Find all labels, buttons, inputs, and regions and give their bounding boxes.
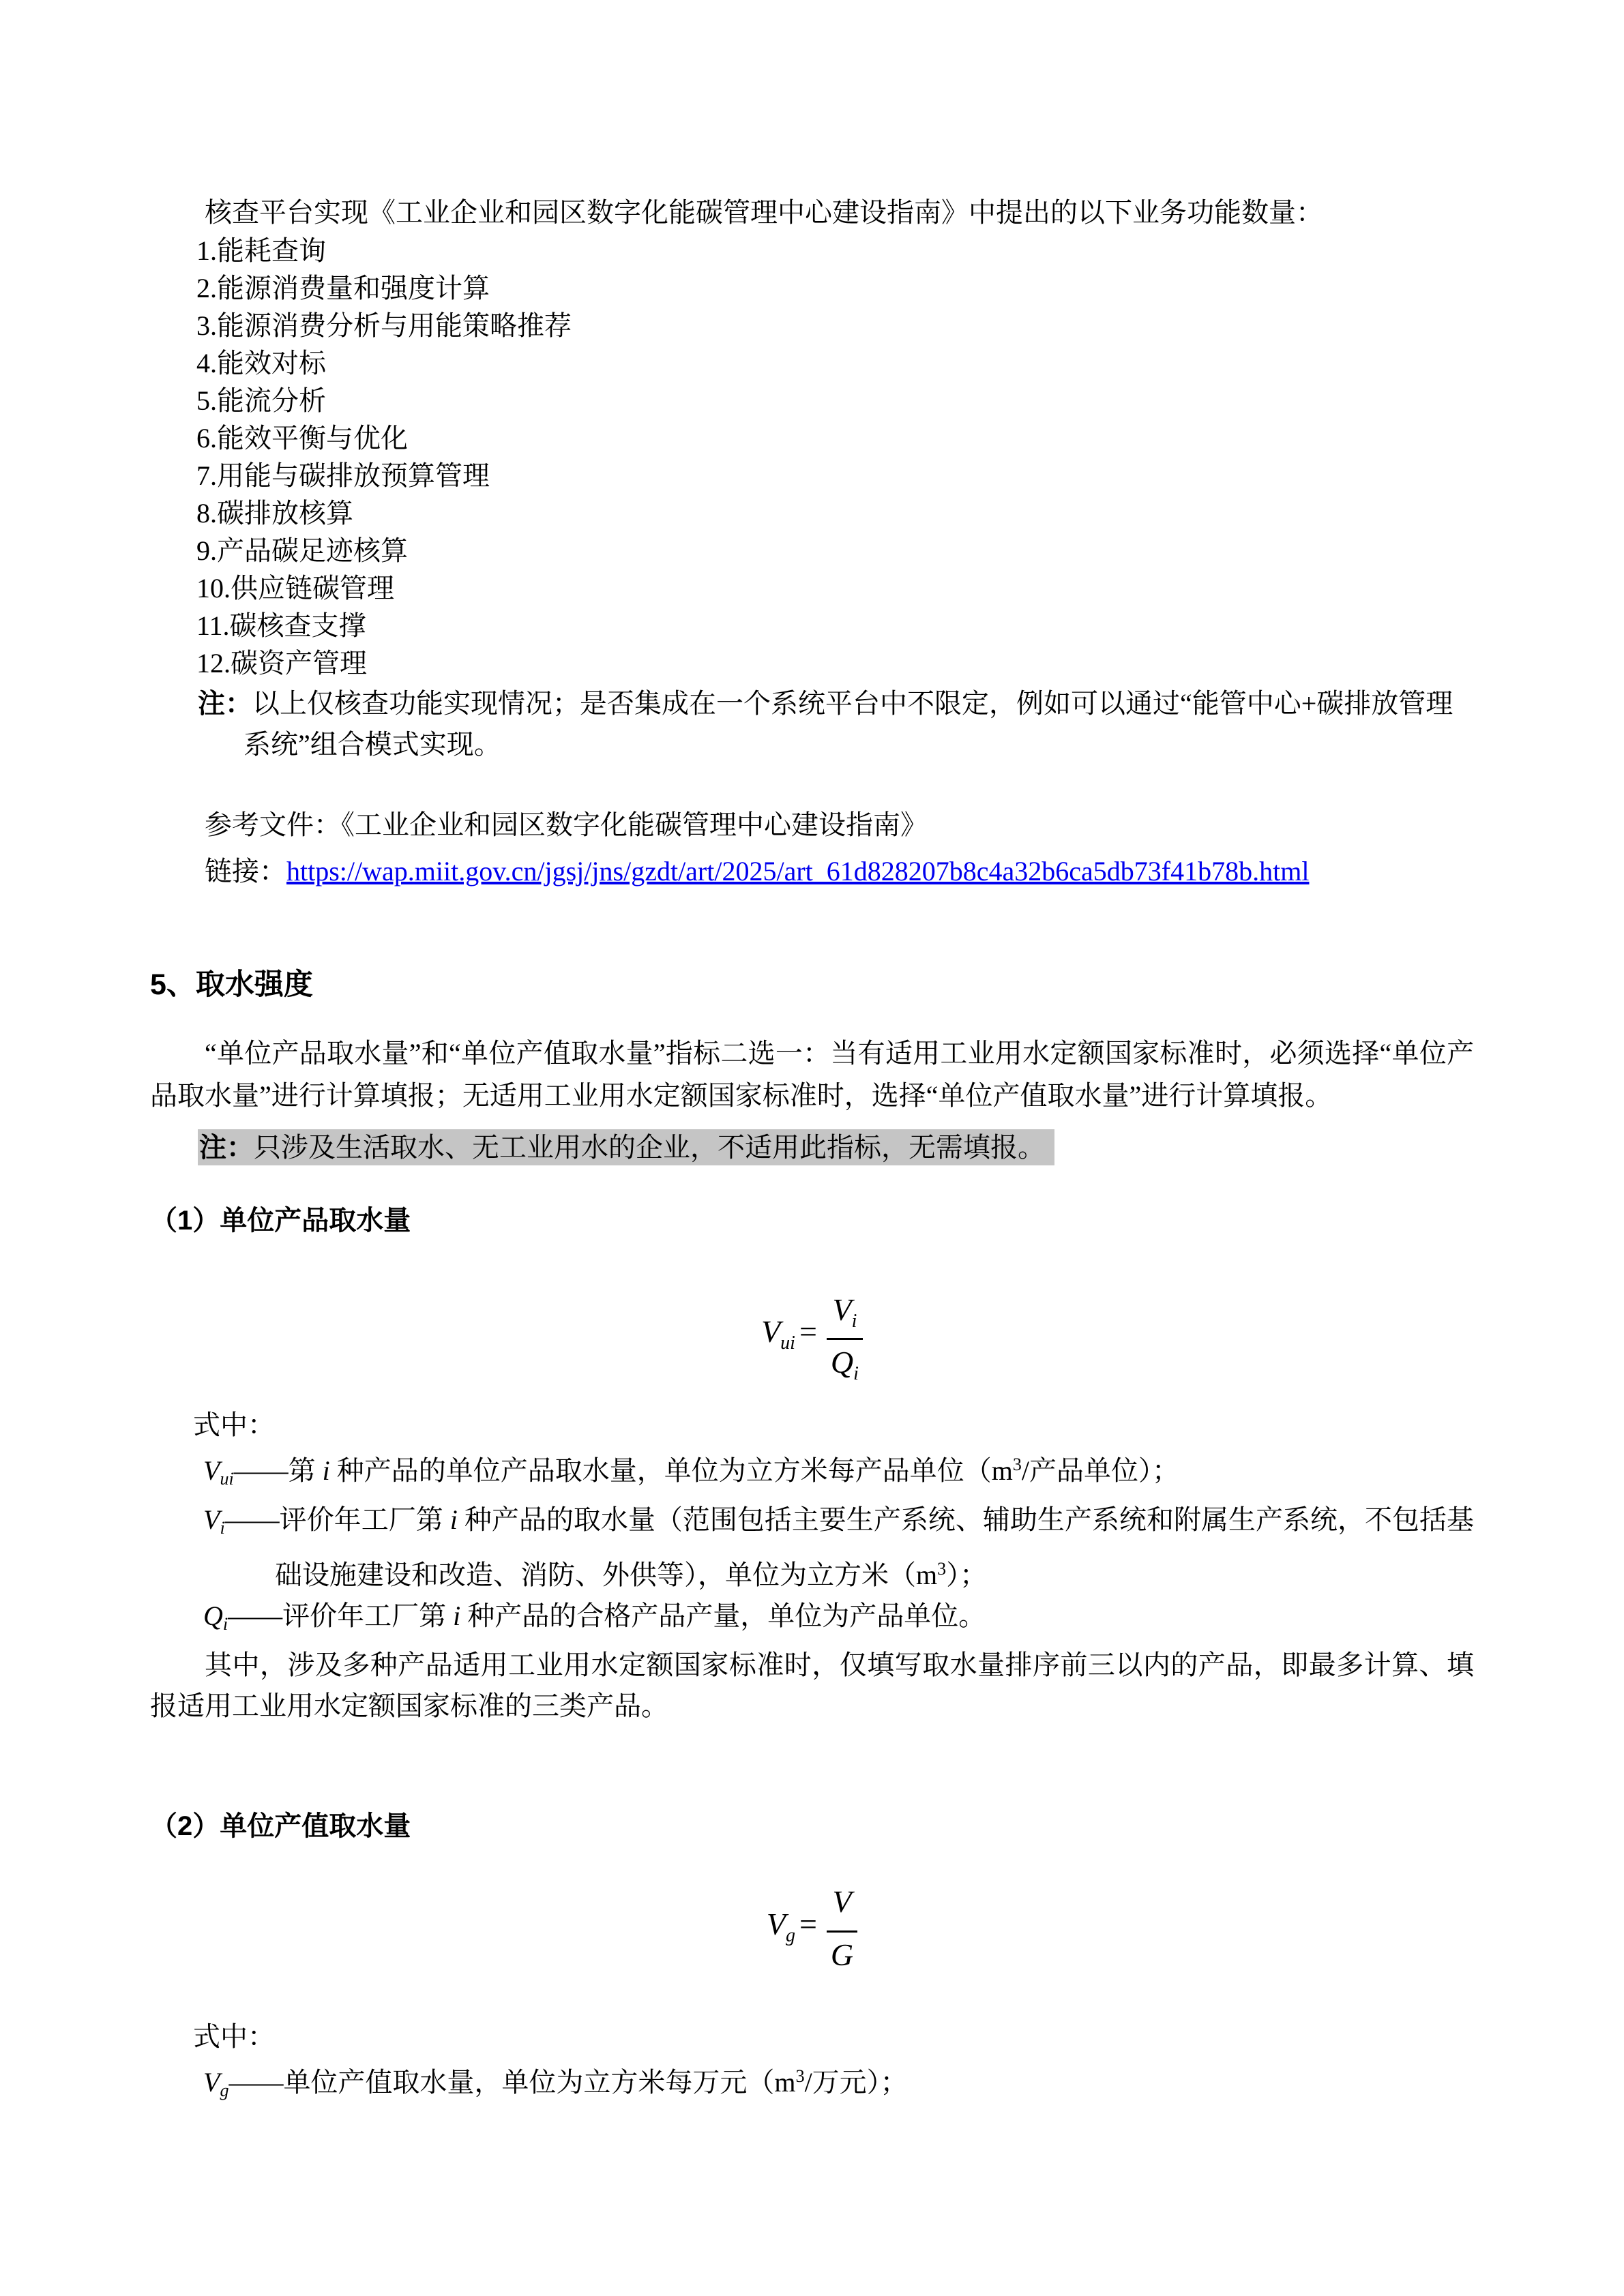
definition-vui: Vui——第 i 种产品的单位产品取水量，单位为立方米每产品单位（m3/产品单位… [150, 1444, 1474, 1500]
link-label: 链接： [205, 856, 286, 886]
equals-sign: = [799, 1909, 817, 1940]
definition-qi: Qi——评价年工厂第 i 种产品的合格产品产量，单位为产品单位。 [150, 1596, 1474, 1645]
note-text: 以上仅核查功能实现情况；是否集成在一个系统平台中不限定，例如可以通过“能管中心+… [243, 688, 1453, 760]
sub2-heading: （2）单位产值取水量 [150, 1807, 1474, 1845]
reference-hyperlink[interactable]: https://wap.miit.gov.cn/jgsj/jns/gzdt/ar… [286, 856, 1309, 886]
section-5-heading: 5、取水强度 [150, 964, 1474, 1005]
where-label: 式中： [193, 2017, 1474, 2056]
function-list-item: 3.能源消费分析与用能策略推荐 [196, 307, 1474, 344]
equals-sign: = [799, 1316, 817, 1347]
fraction: ViQi [827, 1293, 863, 1385]
formula-lhs: Vui [761, 1316, 795, 1353]
note-audit-scope: 注：以上仅核查功能实现情况；是否集成在一个系统平台中不限定，例如可以通过“能管中… [150, 683, 1474, 765]
section-5-paragraph: “单位产品取水量”和“单位产值取水量”指标二选一：当有适用工业用水定额国家标准时… [150, 1032, 1474, 1117]
highlighted-text: 注：只涉及生活取水、无工业用水的企业，不适用此指标，无需填报。 [198, 1129, 1054, 1165]
reference-document-line: 参考文件：《工业企业和园区数字化能碳管理中心建设指南》 [205, 805, 1474, 844]
where-label: 式中： [193, 1405, 1474, 1444]
function-list-item: 7.用能与碳排放预算管理 [196, 457, 1474, 494]
note-water-intake-highlighted: 注：只涉及生活取水、无工业用水的企业，不适用此指标，无需填报。 [198, 1127, 1474, 1169]
sub1-extra-paragraph: 其中，涉及多种产品适用工业用水定额国家标准时，仅填写取水量排序前三以内的产品，即… [150, 1645, 1474, 1727]
note-text: 只涉及生活取水、无工业用水的企业，不适用此指标，无需填报。 [254, 1132, 1045, 1163]
formula-lhs: Vg [767, 1909, 795, 1945]
fraction-bar [827, 1930, 857, 1933]
document-content: 核查平台实现《工业企业和园区数字化能碳管理中心建设指南》中提出的以下业务功能数量… [150, 0, 1474, 2111]
reference-link-line: 链接：https://wap.miit.gov.cn/jgsj/jns/gzdt… [205, 852, 1474, 891]
denominator: G [827, 1938, 857, 1978]
function-list-item: 6.能效平衡与优化 [196, 419, 1474, 457]
fraction-bar [827, 1338, 863, 1340]
definition-vi: Vi——评价年工厂第 i 种产品的取水量（范围包括主要生产系统、辅助生产系统和附… [150, 1500, 1474, 1596]
intro-paragraph: 核查平台实现《工业企业和园区数字化能碳管理中心建设指南》中提出的以下业务功能数量… [150, 193, 1474, 232]
function-list-item: 5.能流分析 [196, 382, 1474, 419]
formula-unit-output-value-water-intake: Vg=VG [150, 1885, 1474, 1977]
note-label: 注： [198, 689, 252, 719]
denominator: Qi [827, 1345, 863, 1385]
function-list-item: 1.能耗查询 [196, 232, 1474, 269]
numerator: Vi [828, 1293, 861, 1332]
document-page: 核查平台实现《工业企业和园区数字化能碳管理中心建设指南》中提出的以下业务功能数量… [0, 0, 1624, 2296]
sub1-heading: （1）单位产品取水量 [150, 1202, 1474, 1240]
definition-vg: Vg——单位产值取水量，单位为立方米每万元（m3/万元）； [150, 2056, 1474, 2111]
function-list-item: 2.能源消费量和强度计算 [196, 269, 1474, 307]
function-list-item: 10.供应链碳管理 [196, 569, 1474, 607]
function-list-item: 8.碳排放核算 [196, 494, 1474, 532]
numerator: V [828, 1885, 855, 1924]
note-label: 注： [199, 1133, 254, 1163]
function-list-item: 12.碳资产管理 [196, 644, 1474, 682]
formula-unit-product-water-intake: Vui=ViQi [150, 1293, 1474, 1385]
function-list-item: 9.产品碳足迹核算 [196, 532, 1474, 569]
fraction: VG [827, 1885, 857, 1977]
function-list-item: 11.碳核查支撑 [196, 607, 1474, 644]
function-list-item: 4.能效对标 [196, 344, 1474, 382]
function-list: 1.能耗查询 2.能源消费量和强度计算 3.能源消费分析与用能策略推荐 4.能效… [196, 232, 1474, 682]
